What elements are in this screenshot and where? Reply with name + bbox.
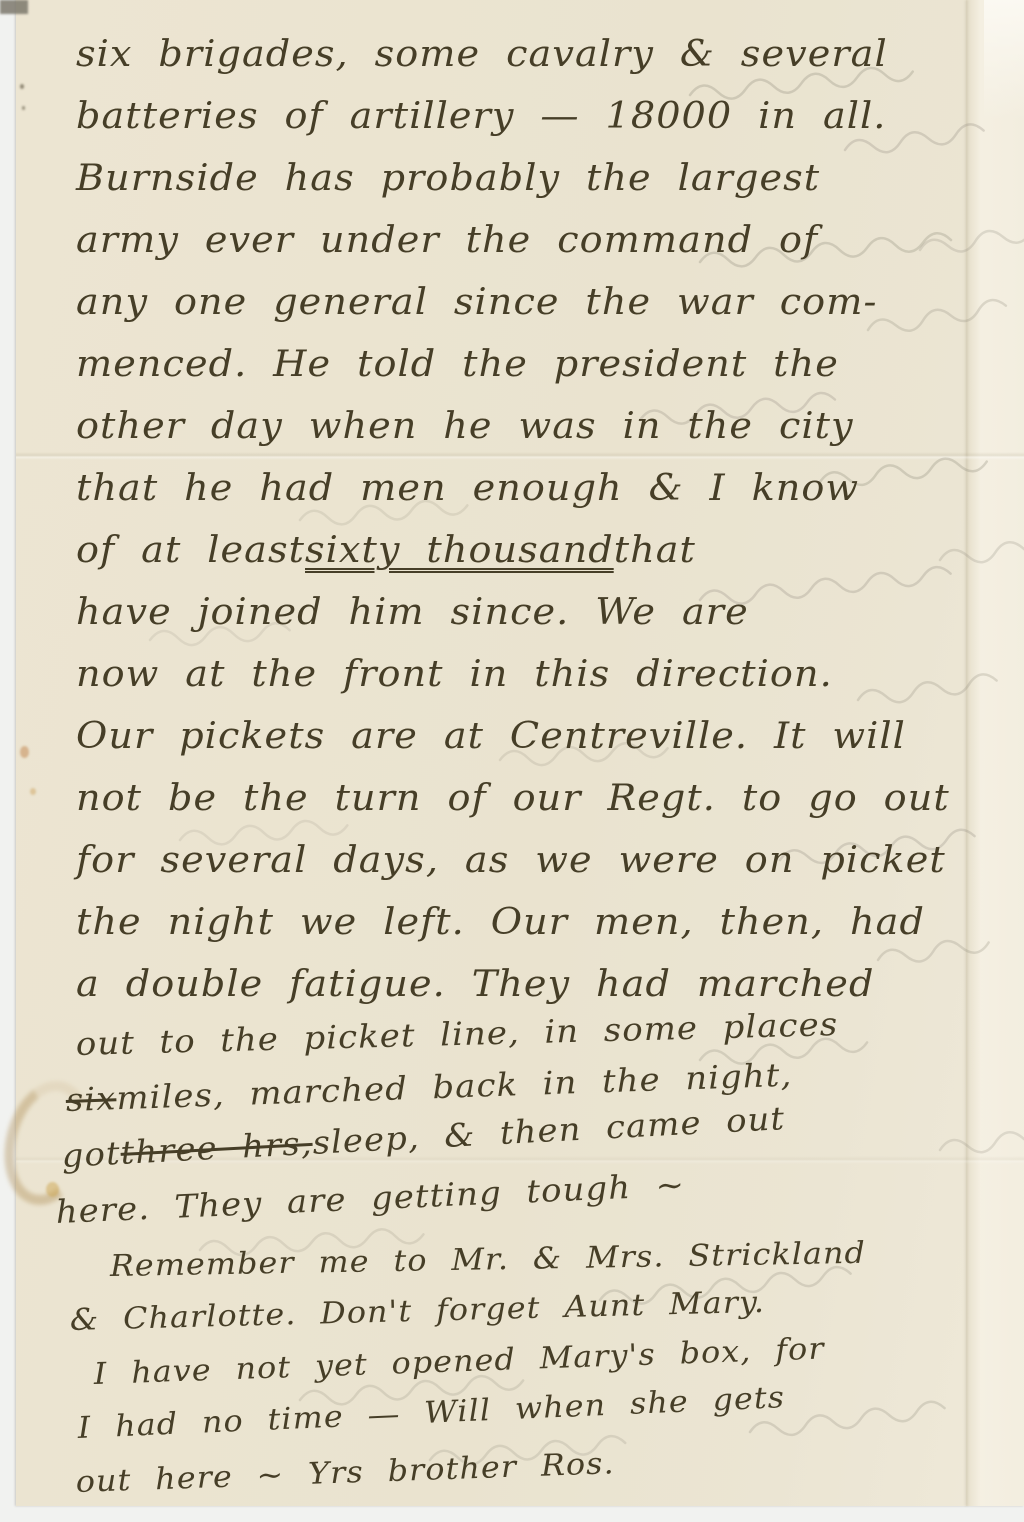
scanner-corner-shadow [0, 0, 28, 14]
handwritten-text: that [614, 533, 696, 569]
scanned-letter-page: six brigades, some cavalry & severalbatt… [0, 0, 1024, 1522]
handwritten-text: that he had men enough & I know [76, 471, 859, 507]
paper-speck [20, 746, 29, 758]
struck-out-text: six [65, 1082, 117, 1116]
handwritten-text: menced. He told the president the [76, 347, 839, 383]
handwritten-text: now at the front in this direction. [76, 657, 833, 693]
paper-speck [20, 84, 24, 89]
handwritten-text: six brigades, some cavalry & several [76, 37, 888, 73]
handwritten-text: of at least [76, 533, 305, 569]
handwritten-text: Our pickets are at Centreville. It will [76, 719, 906, 755]
handwritten-text: Burnside has probably the largest [76, 161, 820, 197]
handwriting-line: now at the front in this direction. [76, 644, 1024, 706]
handwritten-text: batteries of artillery — 18000 in all. [76, 99, 886, 135]
handwriting-line: any one general since the war com- [76, 272, 1024, 334]
handwriting-line: the night we left. Our men, then, had [76, 892, 1024, 954]
handwriting-line: other day when he was in the city [76, 396, 1024, 458]
handwritten-text: got [61, 1137, 122, 1172]
handwriting-line: batteries of artillery — 18000 in all. [76, 86, 1024, 148]
handwritten-text: army ever under the command of [76, 223, 818, 259]
handwriting-line: menced. He told the president the [76, 334, 1024, 396]
handwritten-text: other day when he was in the city [76, 409, 854, 445]
handwriting-line: six brigades, some cavalry & several [76, 24, 1024, 86]
handwritten-text: sleep, & then came out [312, 1102, 786, 1159]
handwriting-line: of at least sixty thousand that [76, 520, 1024, 582]
handwritten-text: for several days, as we were on picket [76, 843, 946, 879]
handwriting-line: army ever under the command of [76, 210, 1024, 272]
paper-speck [22, 106, 25, 110]
handwriting: six brigades, some cavalry & severalbatt… [76, 24, 998, 1510]
underlined-text: sixty thousand [305, 533, 614, 569]
handwriting-line: not be the turn of our Regt. to go out [76, 768, 1024, 830]
handwritten-text: the night we left. Our men, then, had [76, 905, 925, 941]
handwriting-line: Burnside has probably the largest [76, 148, 1024, 210]
handwriting-line: that he had men enough & I know [76, 458, 1024, 520]
handwriting-line: have joined him since. We are [76, 582, 1024, 644]
handwritten-text: out here ~ Yrs brother Ros. [75, 1449, 615, 1498]
handwritten-text: any one general since the war com- [76, 285, 877, 321]
handwriting-line: Our pickets are at Centreville. It will [76, 706, 1024, 768]
handwritten-text: not be the turn of our Regt. to go out [76, 781, 950, 817]
paper-speck [30, 788, 36, 795]
handwriting-line: for several days, as we were on picket [76, 830, 1024, 892]
handwritten-text: have joined him since. We are [76, 595, 749, 631]
struck-out-text: three hrs, [120, 1127, 314, 1169]
